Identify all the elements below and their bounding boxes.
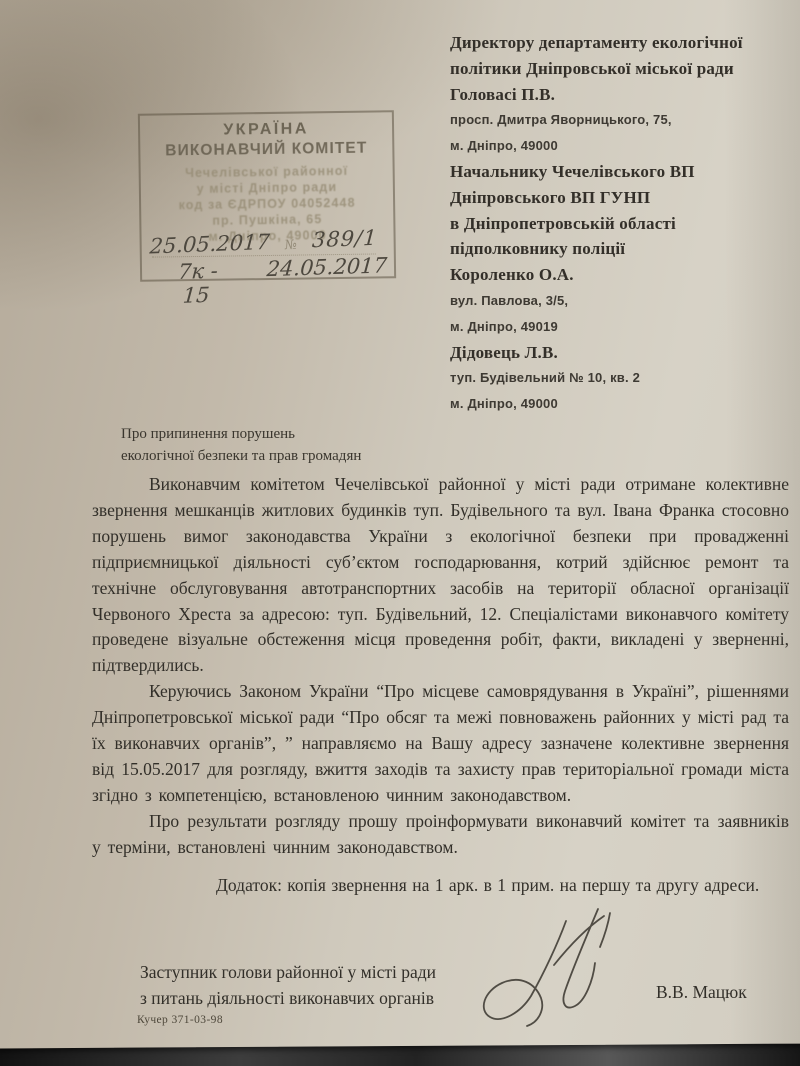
registration-stamp: УКРАЇНА ВИКОНАВЧИЙ КОМІТЕТ Чечелівської … — [138, 110, 396, 282]
stamp-country: УКРАЇНА — [140, 119, 392, 141]
recipient-line: Дніпровського ВП ГУНП — [450, 185, 785, 211]
stamp-incoming-number: 389/1 — [311, 226, 378, 253]
signer-title-line1: Заступник голови районної у місті ради — [140, 959, 436, 985]
recipient-name: Дідовець Л.В. — [450, 340, 785, 366]
recipient-address: м. Дніпро, 49000 — [450, 391, 785, 417]
paragraph-2: Керуючись Законом України “Про місцеве с… — [92, 679, 789, 809]
letter-body: Виконавчим комітетом Чечелівської районн… — [92, 472, 789, 899]
recipient-name: Короленко О.А. — [450, 262, 785, 288]
recipient-address: просп. Дмитра Яворницького, 75, — [450, 107, 785, 133]
stamp-handwritten-row2: 7к - 15 24.05.2017 — [160, 253, 387, 308]
recipient-line: підполковнику поліції — [450, 236, 785, 262]
recipient-line: Директору департаменту екологічної — [450, 30, 785, 56]
signer-name: В.В. Мацюк — [656, 982, 747, 1003]
recipient-address: вул. Павлова, 3/5, — [450, 288, 785, 314]
recipient-line: Начальнику Чечелівського ВП — [450, 159, 785, 185]
paragraph-3: Про результати розгляду прошу проінформу… — [92, 809, 789, 861]
executor-reference: Кучер 371-03-98 — [137, 1014, 223, 1026]
recipients-block: Директору департаменту екологічної політ… — [450, 30, 785, 417]
recipient-line: політики Дніпровської міської ради — [450, 56, 785, 82]
scanned-letter-photo: УКРАЇНА ВИКОНАВЧИЙ КОМІТЕТ Чечелівської … — [0, 0, 800, 1066]
handwritten-signature — [468, 903, 663, 1035]
recipient-line: в Дніпропетровській області — [450, 211, 785, 237]
paragraph-1: Виконавчим комітетом Чечелівської районн… — [92, 472, 789, 679]
recipient-address: м. Дніпро, 49000 — [450, 133, 785, 159]
stamp-number-sign: № — [284, 238, 297, 254]
stamp-case-code: 7к - 15 — [160, 258, 233, 308]
subject-block: Про припинення порушень екологічної безп… — [121, 423, 361, 467]
recipient-address: м. Дніпро, 49019 — [450, 314, 785, 340]
subject-line2: екологічної безпеки та прав громадян — [121, 445, 361, 467]
attachment-note: Додаток: копія звернення на 1 арк. в 1 п… — [92, 873, 789, 899]
recipient-address: туп. Будівельний № 10, кв. 2 — [450, 365, 785, 391]
recipient-name: Головасі П.В. — [450, 82, 785, 108]
letter-content: УКРАЇНА ВИКОНАВЧИЙ КОМІТЕТ Чечелівської … — [0, 0, 800, 1066]
stamp-date-received: 25.05.2017 — [149, 230, 271, 259]
stamp-org: ВИКОНАВЧИЙ КОМІТЕТ — [140, 139, 392, 161]
signer-title-line2: з питань діяльності виконавчих органів — [140, 985, 436, 1011]
signer-title: Заступник голови районної у місті ради з… — [140, 959, 436, 1011]
subject-line1: Про припинення порушень — [121, 423, 361, 445]
stamp-date-signed: 24.05.2017 — [264, 253, 388, 305]
